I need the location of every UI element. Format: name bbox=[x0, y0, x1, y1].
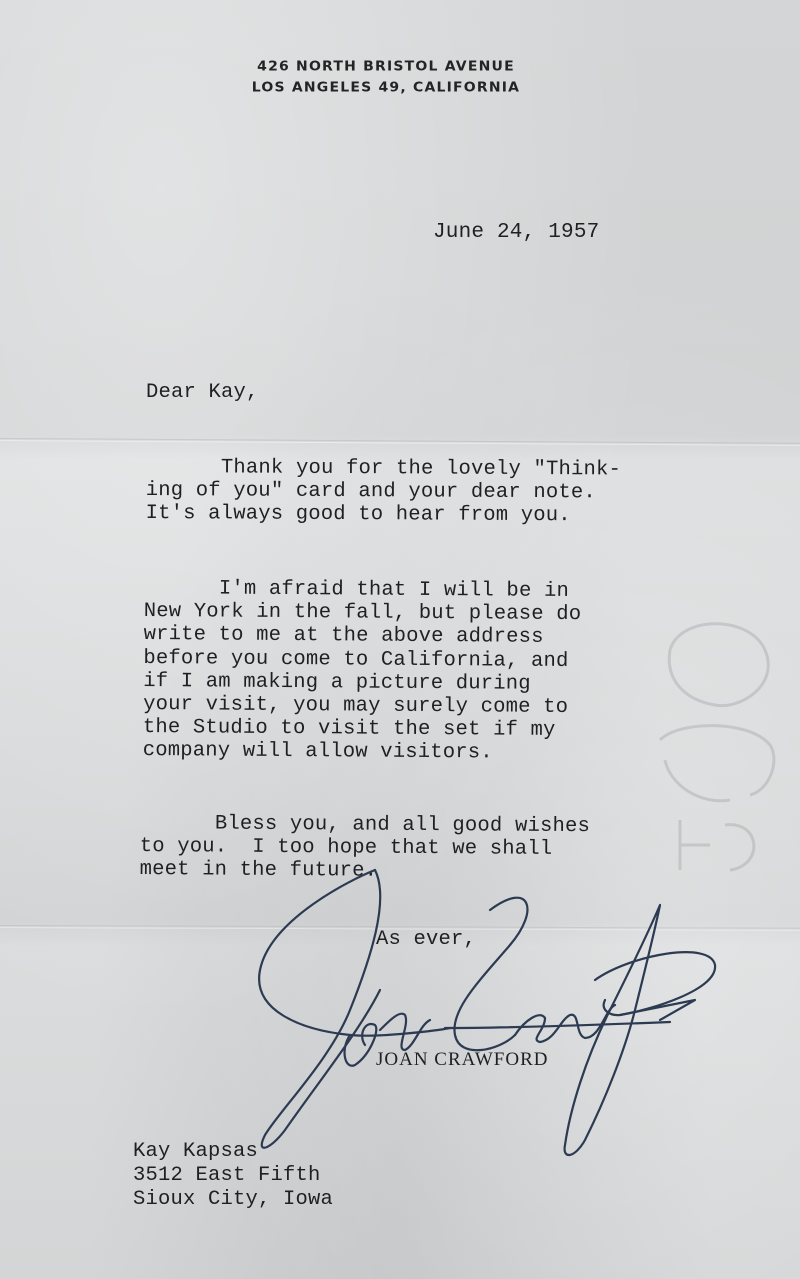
recipient-city-state: Sioux City, Iowa bbox=[133, 1188, 333, 1212]
watermark-emblem-icon bbox=[640, 610, 790, 890]
paragraph-line: if I am making a picture during bbox=[143, 670, 581, 696]
paragraph-line: Thank you for the lovely "Think- bbox=[146, 456, 621, 482]
paragraph-line: write to me at the above address bbox=[144, 623, 582, 649]
paragraph-line: your visit, you may surely come to bbox=[143, 693, 581, 719]
paragraph-line: ing of you" card and your dear note. bbox=[146, 479, 621, 505]
paragraph-line: meet in the future. bbox=[140, 858, 590, 884]
paragraph-line: to you. I too hope that we shall bbox=[140, 835, 590, 861]
paper-fold-line bbox=[0, 438, 800, 446]
paragraph-line: Bless you, and all good wishes bbox=[140, 812, 590, 838]
paragraph-line: company will allow visitors. bbox=[143, 739, 581, 765]
letterhead-address-line-2: LOS ANGELES 49, CALIFORNIA bbox=[0, 79, 786, 98]
letterhead: 426 NORTH BRISTOL AVENUE LOS ANGELES 49,… bbox=[0, 57, 800, 99]
paragraph-line: before you come to California, and bbox=[143, 647, 581, 673]
body-paragraph-1: Thank you for the lovely "Think-ing of y… bbox=[146, 456, 621, 528]
paragraph-line: New York in the fall, but please do bbox=[144, 600, 582, 626]
handwritten-signature bbox=[240, 860, 740, 1180]
letter-date: June 24, 1957 bbox=[433, 221, 599, 244]
recipient-address: Kay Kapsas3512 East FifthSioux City, Iow… bbox=[133, 1140, 333, 1212]
letterhead-address-line-1: 426 NORTH BRISTOL AVENUE bbox=[0, 58, 786, 77]
recipient-street: 3512 East Fifth bbox=[133, 1164, 333, 1188]
body-paragraph-2: I'm afraid that I will be inNew York in … bbox=[143, 577, 582, 766]
recipient-name: Kay Kapsas bbox=[133, 1140, 333, 1164]
body-paragraph-3: Bless you, and all good wishesto you. I … bbox=[140, 812, 591, 885]
typed-signature-name: JOAN CRAWFORD bbox=[376, 1049, 548, 1071]
letter-page: 426 NORTH BRISTOL AVENUE LOS ANGELES 49,… bbox=[0, 0, 800, 1279]
salutation: Dear Kay, bbox=[146, 381, 259, 404]
paragraph-line: I'm afraid that I will be in bbox=[144, 577, 582, 603]
closing: As ever, bbox=[376, 928, 476, 951]
paragraph-line: the Studio to visit the set if my bbox=[143, 716, 581, 742]
paragraph-line: It's always good to hear from you. bbox=[146, 502, 621, 528]
